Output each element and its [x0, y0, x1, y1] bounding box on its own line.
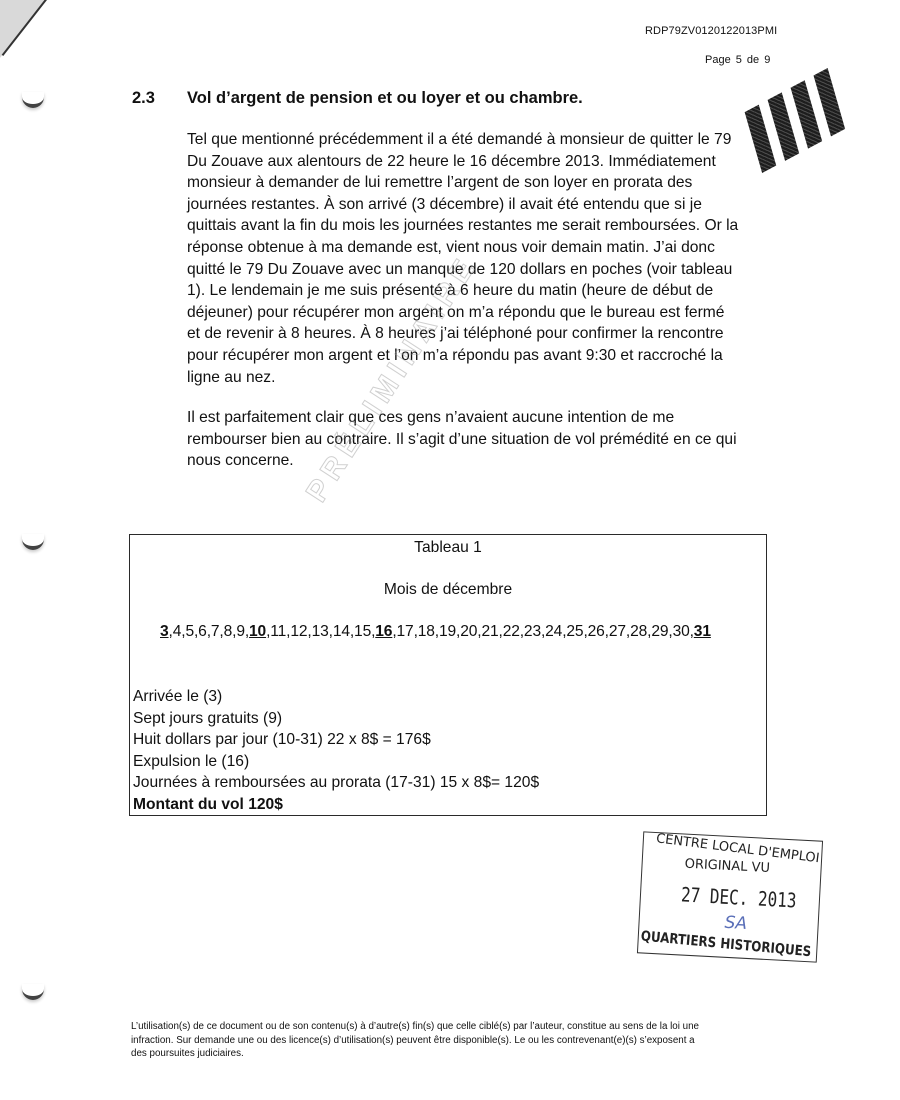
day: 27	[609, 623, 626, 640]
section-number: 2.3	[132, 89, 155, 108]
paragraph-line: Tel que mentionné précédemment il a été …	[187, 129, 767, 151]
calculation-line: Journées à remboursées au prorata (17-31…	[133, 772, 539, 794]
day: 18	[418, 623, 435, 640]
day: 12	[290, 623, 307, 640]
stamp-date: 27 DEC. 2013	[680, 882, 797, 912]
document-page: RDP79ZV0120122013PMI Page 5 de 9 2.3 Vol…	[0, 0, 900, 1100]
day: 19	[439, 623, 456, 640]
punch-hole-icon	[22, 534, 44, 550]
calculation-line: Expulsion le (16)	[133, 751, 539, 773]
legal-footer: L’utilisation(s) de ce document ou de so…	[131, 1020, 771, 1061]
day: 11	[270, 623, 286, 640]
footer-line: L’utilisation(s) de ce document ou de so…	[131, 1020, 771, 1034]
day: 21	[481, 623, 498, 640]
day: 23	[524, 623, 541, 640]
table-title: Tableau 1	[130, 539, 766, 557]
paragraph-body-1: Tel que mentionné précédemment il a été …	[187, 129, 767, 388]
footer-line: infraction. Sur demande une ou des licen…	[131, 1034, 771, 1048]
december-days-list: 3,4,5,6,7,8,9,10,11,12,13,14,15,16,17,18…	[160, 623, 711, 641]
document-reference-code: RDP79ZV0120122013PMI	[645, 25, 777, 37]
paragraph-body-2: Il est parfaitement clair que ces gens n…	[187, 407, 767, 472]
day: 13	[312, 623, 329, 640]
paragraph-line: réponse obtenue à ma demande est, vient …	[187, 237, 767, 259]
key-day: 31	[694, 623, 711, 640]
day: 4	[173, 623, 182, 640]
stamp-initials: SA	[724, 913, 747, 934]
paragraph-line: ligne au nez.	[187, 367, 767, 389]
calculation-line: Sept jours gratuits (9)	[133, 708, 539, 730]
table-1-box: Tableau 1 Mois de décembre 3,4,5,6,7,8,9…	[129, 534, 767, 816]
paragraph-line: monsieur à demander de lui remettre l’ar…	[187, 172, 767, 194]
folded-corner-artifact	[0, 0, 46, 58]
footer-line: des poursuites judiciaires.	[131, 1047, 771, 1061]
calculation-list: Arrivée le (3)Sept jours gratuits (9)Hui…	[133, 686, 539, 816]
day: 26	[588, 623, 605, 640]
paragraph-line: 1). Le lendemain je me suis présenté à 6…	[187, 280, 767, 302]
day: 24	[545, 623, 562, 640]
key-day: 3	[160, 623, 169, 640]
punch-hole-icon	[22, 984, 44, 1000]
key-day: 16	[375, 623, 392, 640]
day: 9	[236, 623, 245, 640]
section-title: Vol d’argent de pension et ou loyer et o…	[187, 89, 583, 108]
paragraph-line: déjeuner) pour récupérer mon argent on m…	[187, 302, 767, 324]
paragraph-line: nous concerne.	[187, 450, 767, 472]
stamp-original-seen: ORIGINAL VU	[684, 857, 770, 876]
paragraph-line: rembourser bien au contraire. Il s’agit …	[187, 429, 767, 451]
page-number: Page 5 de 9	[705, 54, 770, 66]
day: 17	[397, 623, 414, 640]
paragraph-line: et de revenir à 8 heures. À 8 heures j’a…	[187, 323, 767, 345]
day: 5	[185, 623, 194, 640]
office-received-stamp: CENTRE LOCAL D'EMPLOI ORIGINAL VU 27 DEC…	[637, 831, 823, 962]
day: 8	[224, 623, 233, 640]
day: 22	[503, 623, 520, 640]
punch-hole-icon	[22, 92, 44, 108]
paragraph-line: quittais avant la fin du mois les journé…	[187, 215, 767, 237]
day: 15	[354, 623, 371, 640]
day: 28	[630, 623, 647, 640]
paragraph-line: Il est parfaitement clair que ces gens n…	[187, 407, 767, 429]
day: 14	[333, 623, 350, 640]
paragraph-line: journées restantes. À son arrivé (3 déce…	[187, 194, 767, 216]
day: 29	[651, 623, 668, 640]
stamp-district: QUARTIERS HISTORIQUES	[640, 928, 812, 960]
day: 20	[460, 623, 477, 640]
day: 7	[211, 623, 220, 640]
calculation-line: Arrivée le (3)	[133, 686, 539, 708]
day: 25	[566, 623, 583, 640]
day: 6	[198, 623, 207, 640]
table-month-heading: Mois de décembre	[130, 581, 766, 599]
theft-total: Montant du vol 120$	[133, 794, 539, 816]
day: 30	[673, 623, 690, 640]
paragraph-line: pour récupérer mon argent et l’on m’a ré…	[187, 345, 767, 367]
key-day: 10	[249, 623, 266, 640]
paragraph-line: Du Zouave aux alentours de 22 heure le 1…	[187, 151, 767, 173]
calculation-line: Huit dollars par jour (10-31) 22 x 8$ = …	[133, 729, 539, 751]
